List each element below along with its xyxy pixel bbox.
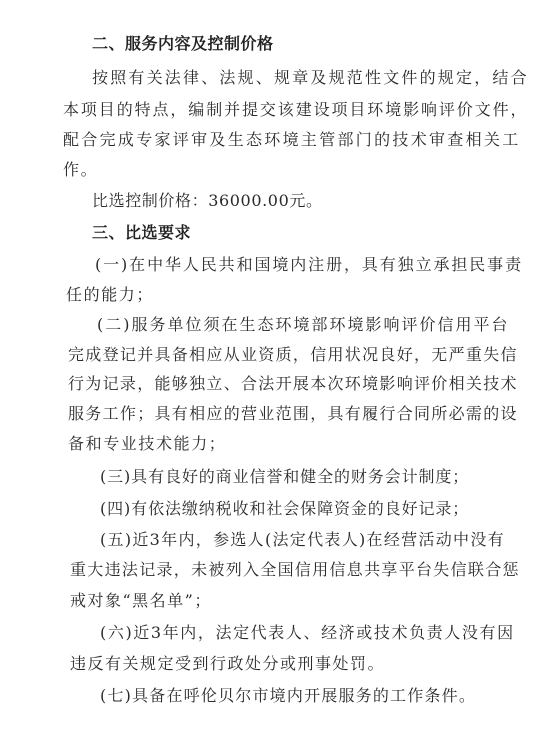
- paragraph-line: 按照有关法律、法规、规章及规范性文件的规定，结合: [92, 68, 529, 88]
- requirement-2-line: 完成登记并具备相应从业资质，信用状况良好，无严重失信: [68, 345, 518, 365]
- requirement-5-line: 戒对象“黑名单”；: [70, 591, 212, 611]
- requirement-6-line: (六)近3年内，法定代表人、经济或技术负责人没有因: [100, 623, 515, 643]
- requirement-4: (四)有依法缴纳税收和社会保障资金的良好记录；: [100, 499, 469, 519]
- requirement-3: (三)具有良好的商业信誉和健全的财务会计制度；: [100, 467, 469, 487]
- control-price: 比选控制价格：36000.00元。: [92, 191, 323, 211]
- requirement-7: (七)具备在呼伦贝尔市境内开展服务的工作条件。: [100, 686, 476, 706]
- requirement-6-line: 违反有关规定受到行政处分或刑事处罚。: [70, 654, 385, 674]
- requirement-5-line: 重大违法记录，未被列入全国信用信息共享平台失信联合惩: [70, 560, 520, 580]
- requirement-5-line: (五)近3年内，参选人(法定代表人)在经营活动中没有: [100, 530, 505, 550]
- paragraph-line: 本项目的特点，编制并提交该建设项目环境影响评价文件，: [63, 100, 528, 120]
- requirement-2-line: 备和专业技术能力；: [68, 434, 226, 454]
- section-heading-2: 二、服务内容及控制价格: [92, 34, 274, 54]
- requirement-1-line: (一)在中华人民共和国境内注册，具有独立承担民事责: [95, 255, 523, 275]
- requirement-2-line: (二)服务单位须在生态环境部环境影响评价信用平台: [97, 315, 510, 335]
- requirement-2-line: 行为记录，能够独立、合法开展本次环境影响评价相关技术: [68, 374, 518, 394]
- requirement-1-line: 任的能力；: [66, 285, 154, 305]
- paragraph-line: 作。: [63, 160, 98, 180]
- paragraph-line: 配合完成专家评审及生态环境主管部门的技术审查相关工: [63, 130, 521, 150]
- requirement-2-line: 服务工作；具有相应的营业范围，具有履行合同所必需的设: [68, 404, 518, 424]
- section-heading-3: 三、比选要求: [92, 223, 191, 243]
